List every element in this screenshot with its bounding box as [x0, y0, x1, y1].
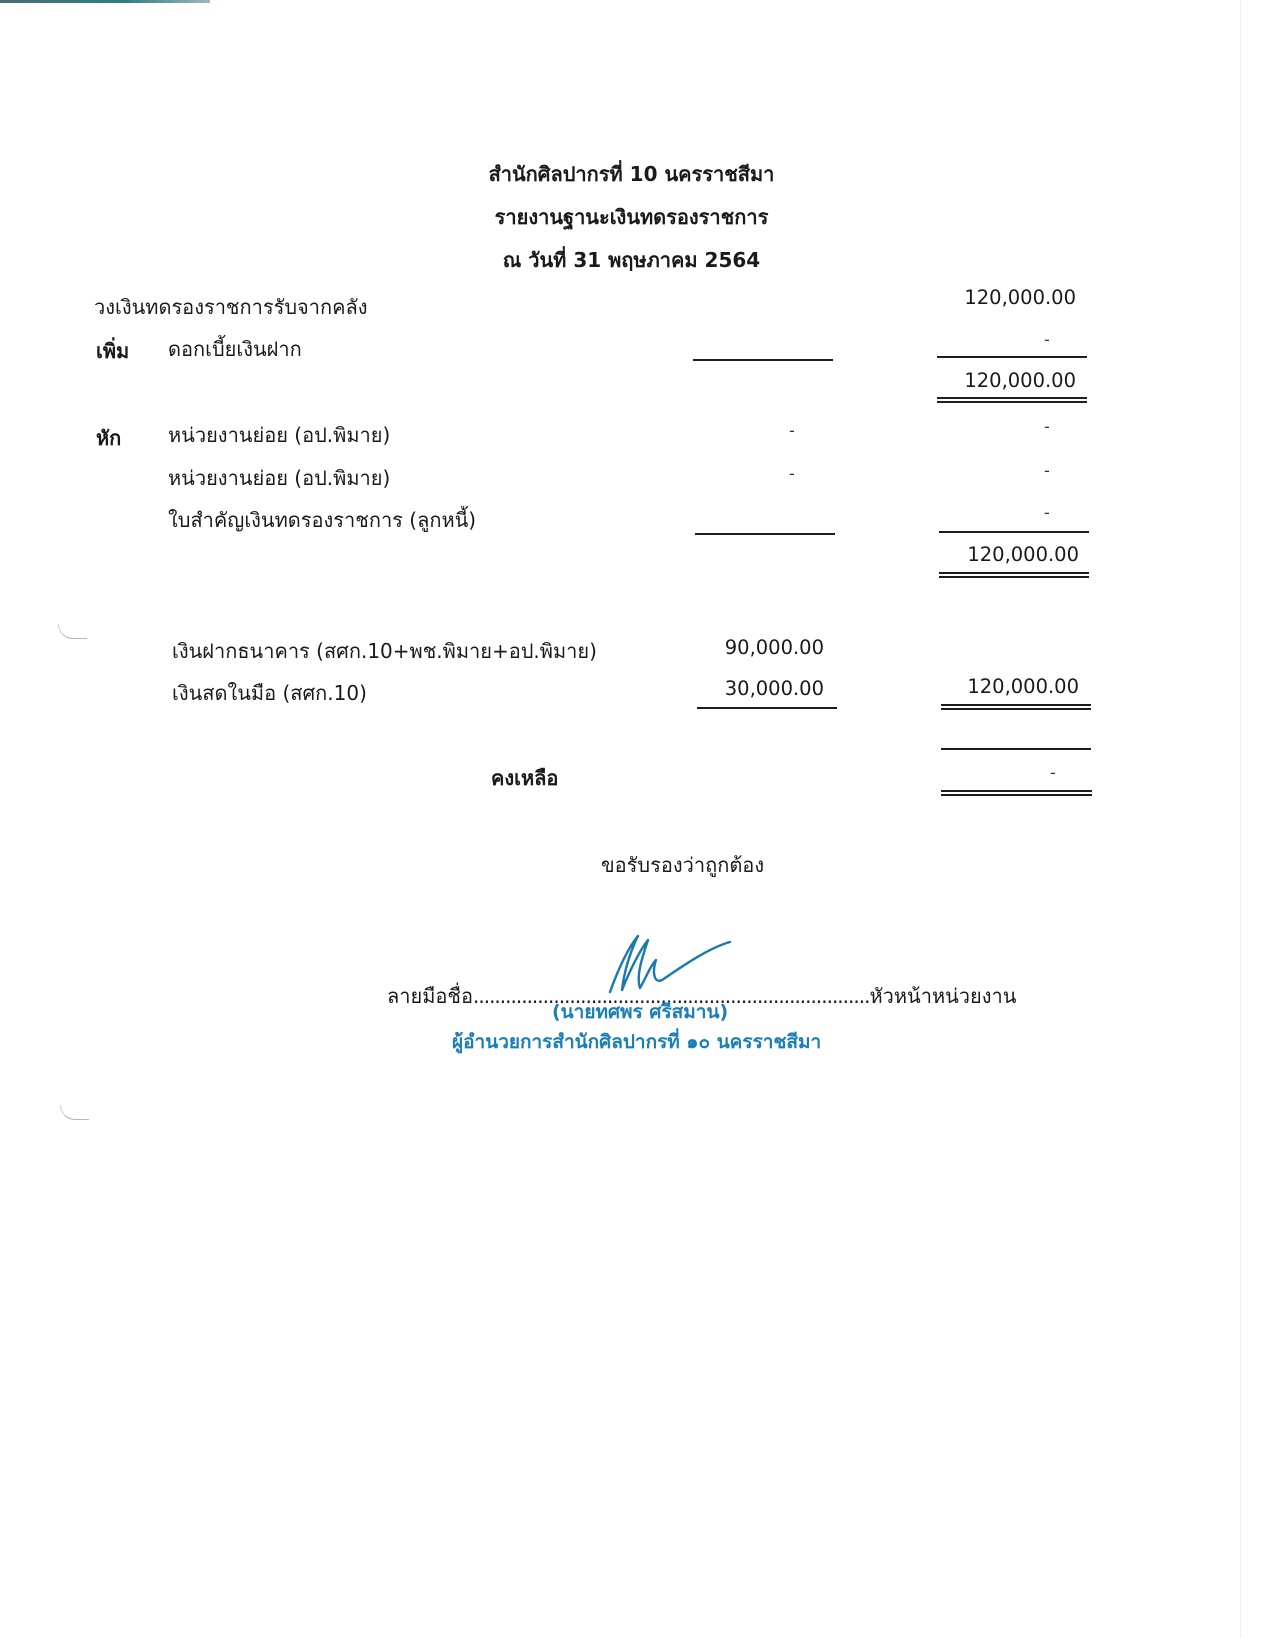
holdings-total: 120,000.00: [903, 675, 1079, 699]
add-item-col2: -: [1044, 332, 1050, 348]
signature-role: หัวหน้าหน่วยงาน: [869, 984, 1016, 1008]
punch-hole-mark: [58, 624, 87, 639]
signature-prefix: ลายมือชื่อ: [387, 984, 473, 1008]
deduct-item-label: ใบสำคัญเงินทดรองราชการ (ลูกหนี้): [168, 508, 476, 532]
holdings-col1-rule: [697, 707, 837, 709]
holding-item-label: เงินฝากธนาคาร (สศก.10+พช.พิมาย+อป.พิมาย): [172, 639, 597, 663]
stamp-name: (นายทศพร ศรีสมาน): [552, 1000, 728, 1024]
deduct-item-col2: -: [1044, 463, 1050, 479]
deduct-col2-rule: [939, 531, 1089, 533]
balance-amount: -: [1050, 765, 1056, 781]
add-col2-rule: [937, 356, 1087, 358]
add-heading: เพิ่ม: [96, 339, 129, 363]
holding-item-amount: 30,000.00: [660, 677, 824, 701]
holding-item-amount: 90,000.00: [660, 636, 824, 660]
scan-edge-line: [1240, 0, 1241, 1638]
deduct-subtotal: 120,000.00: [903, 543, 1079, 567]
add-subtotal: 120,000.00: [900, 369, 1076, 393]
document-page: สำนักศิลปากรที่ 10 นครราชสีมา รายงานฐานะ…: [0, 0, 1263, 1638]
report-title: รายงานฐานะเงินทดรองราชการ: [0, 205, 1263, 229]
report-date: ณ วันที่ 31 พฤษภาคม 2564: [0, 248, 1263, 272]
certification-statement: ขอรับรองว่าถูกต้อง: [601, 853, 764, 877]
deduct-item-col2: -: [1044, 505, 1050, 521]
deduct-item-col1: -: [789, 423, 795, 439]
advance-fund-label: วงเงินทดรองราชการรับจากคลัง: [94, 295, 368, 319]
stamp-position: ผู้อำนวยการสำนักศิลปากรที่ ๑๐ นครราชสีมา: [452, 1030, 821, 1054]
advance-fund-amount: 120,000.00: [900, 286, 1076, 310]
deduct-item-col2: -: [1044, 419, 1050, 435]
balance-double-rule: [941, 790, 1092, 796]
deduct-item-label: หน่วยงานย่อย (อป.พิมาย): [168, 423, 390, 447]
balance-top-rule: [941, 748, 1091, 750]
deduct-item-col1: -: [789, 466, 795, 482]
balance-label: คงเหลือ: [491, 766, 558, 790]
deduct-heading: หัก: [96, 426, 121, 450]
deduct-col1-rule: [695, 533, 835, 535]
scan-edge-mark: [0, 0, 210, 3]
holdings-total-double-rule: [941, 704, 1091, 710]
organization-title: สำนักศิลปากรที่ 10 นครราชสีมา: [0, 162, 1263, 186]
add-subtotal-double-rule: [937, 397, 1087, 403]
deduct-subtotal-double-rule: [939, 572, 1089, 578]
add-col1-rule: [693, 359, 833, 361]
punch-hole-mark: [60, 1105, 89, 1120]
add-item-label: ดอกเบี้ยเงินฝาก: [168, 337, 302, 361]
holding-item-label: เงินสดในมือ (สศก.10): [172, 681, 367, 705]
deduct-item-label: หน่วยงานย่อย (อป.พิมาย): [168, 466, 390, 490]
